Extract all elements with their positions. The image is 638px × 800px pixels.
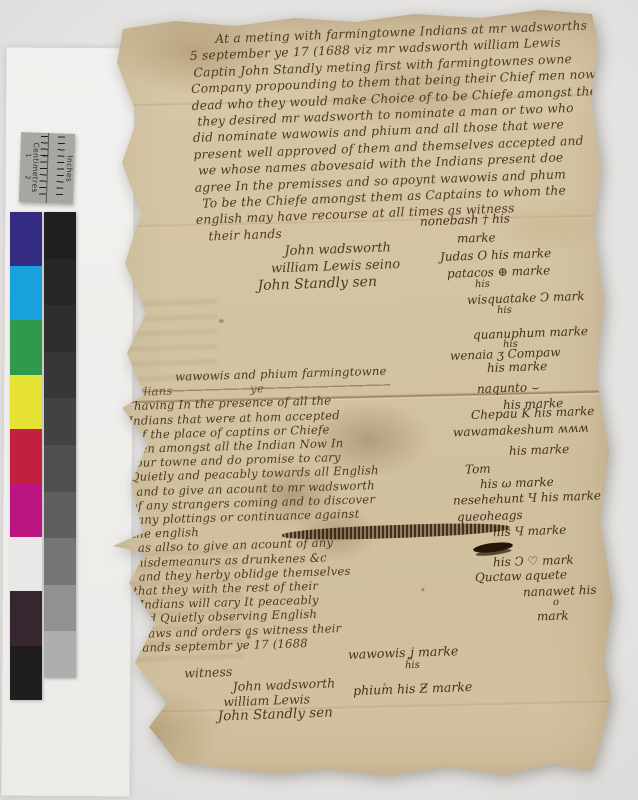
color-patch-green bbox=[10, 320, 42, 374]
ruler-cm-number-2: 2 bbox=[24, 175, 32, 179]
gray-patch-5 bbox=[44, 445, 76, 492]
color-patch-dark-aubergine bbox=[10, 591, 42, 645]
mark-line: naqunto ⌣ bbox=[477, 380, 539, 397]
manuscript-page: At a meting with farmingtowne Indians at… bbox=[85, 5, 630, 795]
mark-line: mark bbox=[537, 608, 569, 623]
paragraph-main: At a meting with farmingtowne Indians at… bbox=[189, 16, 637, 245]
mark-line: marke bbox=[457, 230, 496, 245]
gray-patch-8 bbox=[44, 585, 76, 632]
closing-mark-his: his bbox=[405, 660, 420, 672]
mark-line: his marke bbox=[487, 359, 548, 375]
color-patch-black bbox=[10, 646, 42, 700]
gray-patch-2 bbox=[44, 305, 76, 352]
mark-line: nanawet his bbox=[523, 583, 597, 600]
gray-patch-9 bbox=[44, 631, 76, 678]
mark-line: his bbox=[475, 279, 490, 291]
gray-patch-7 bbox=[44, 538, 76, 585]
color-patch-yellow bbox=[10, 375, 42, 429]
ruler-cm-number-1: 1 bbox=[24, 153, 32, 157]
mark-line: o bbox=[553, 597, 559, 608]
ruler-scale: Inches 1 12 Centimetres bbox=[19, 132, 75, 204]
gray-patch-0 bbox=[44, 212, 76, 259]
color-calibration-strip bbox=[10, 212, 42, 700]
mark-line: his marke bbox=[509, 442, 570, 458]
color-patch-red bbox=[10, 429, 42, 483]
paragraph-second: wawowis and phium farmingtowne Indians y… bbox=[127, 361, 480, 655]
mark-line: his bbox=[497, 305, 512, 317]
color-patch-white bbox=[10, 537, 42, 591]
gray-patch-3 bbox=[44, 352, 76, 399]
gray-patch-6 bbox=[44, 492, 76, 539]
gray-patch-1 bbox=[44, 259, 76, 306]
ruler-card: Inches 1 12 Centimetres bbox=[19, 132, 75, 204]
mark-line: his ω marke bbox=[480, 475, 554, 492]
grayscale-calibration-strip bbox=[44, 212, 76, 678]
color-patch-magenta bbox=[10, 483, 42, 537]
signature-block: John wadsworth william Lewis seino John … bbox=[284, 239, 401, 294]
witness-names: John wadsworth william Lewis John Standl… bbox=[232, 675, 336, 724]
photo-background: Inches 1 12 Centimetres At a meting with… bbox=[0, 0, 638, 800]
manuscript-wrapper: At a meting with farmingtowne Indians at… bbox=[85, 5, 630, 795]
gray-patch-4 bbox=[44, 398, 76, 445]
witness-block: witness John wadsworth william Lewis Joh… bbox=[184, 660, 336, 725]
color-patch-dark-blue bbox=[10, 212, 42, 266]
color-patch-cyan bbox=[10, 266, 42, 320]
